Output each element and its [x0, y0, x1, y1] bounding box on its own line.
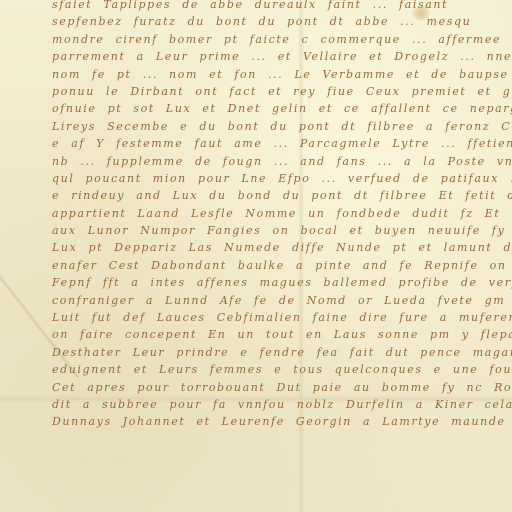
manuscript-line: Lux pt Deppariz Las Numede diffe Nunde p…: [52, 239, 512, 256]
manuscript-line: Lireys Secembe e du bont du pont dt filb…: [52, 118, 512, 135]
manuscript-line: eduignent et Leurs femmes e tous quelcon…: [52, 361, 512, 378]
manuscript-line: confraniger a Lunnd Afe fe de Nomd or Lu…: [52, 292, 512, 309]
manuscript-line: parrement a Leur prime ... et Vellaire e…: [52, 48, 512, 65]
manuscript-line: enafer Cest Dabondant baulke a pinte and…: [52, 257, 512, 274]
manuscript-line: ofnuie pt sot Lux et Dnet gelin et ce af…: [52, 100, 512, 117]
manuscript-line: Fepnf fft a intes affenes magues balleme…: [52, 274, 512, 291]
manuscript-line: sfaiet Taplippes de abbe dureaulx faint …: [52, 0, 512, 13]
manuscript-line: mondre cirenf bomer pt faicte c commerqu…: [52, 31, 512, 48]
manuscript-line: nom fe pt ... nom et fon ... Le Verbamme…: [52, 66, 512, 83]
manuscript-line: Luit fut def Lauces Cebfimalien faine di…: [52, 309, 512, 326]
manuscript-line: Dunnays Johannet et Leurenfe Georgin a L…: [52, 413, 512, 430]
manuscript-line: qul poucant mion pour Lne Efpo ... verfu…: [52, 170, 512, 187]
manuscript-line: e rindeuy and Lux du bond du pont dt fil…: [52, 187, 512, 204]
manuscript-line: ponuu le Dirbant ont fact et rey fiue Ce…: [52, 83, 512, 100]
manuscript-line: Cet apres pour torrobouant Dut paie au b…: [52, 379, 512, 396]
manuscript-line: nb ... fupplemme de fougn ... and fans .…: [52, 153, 512, 170]
manuscript-text-block: sfaiet Taplippes de abbe dureaulx faint …: [52, 0, 512, 431]
manuscript-line: sepfenbez furatz du bont du pont dt abbe…: [52, 13, 512, 30]
manuscript-line: on faire concepent En un tout en Laus so…: [52, 326, 512, 343]
manuscript-line: Desthater Leur prindre e fendre fea fait…: [52, 344, 512, 361]
manuscript-line: dit a subbree pour fa vnnfou noblz Durfe…: [52, 396, 512, 413]
manuscript-line: e af Y festemme faut ame ... Parcagmele …: [52, 135, 512, 152]
manuscript-line: aux Lunor Numpor Fangies on bocal et buy…: [52, 222, 512, 239]
manuscript-line: appartient Laand Lesfle Nomme un fondbed…: [52, 205, 512, 222]
